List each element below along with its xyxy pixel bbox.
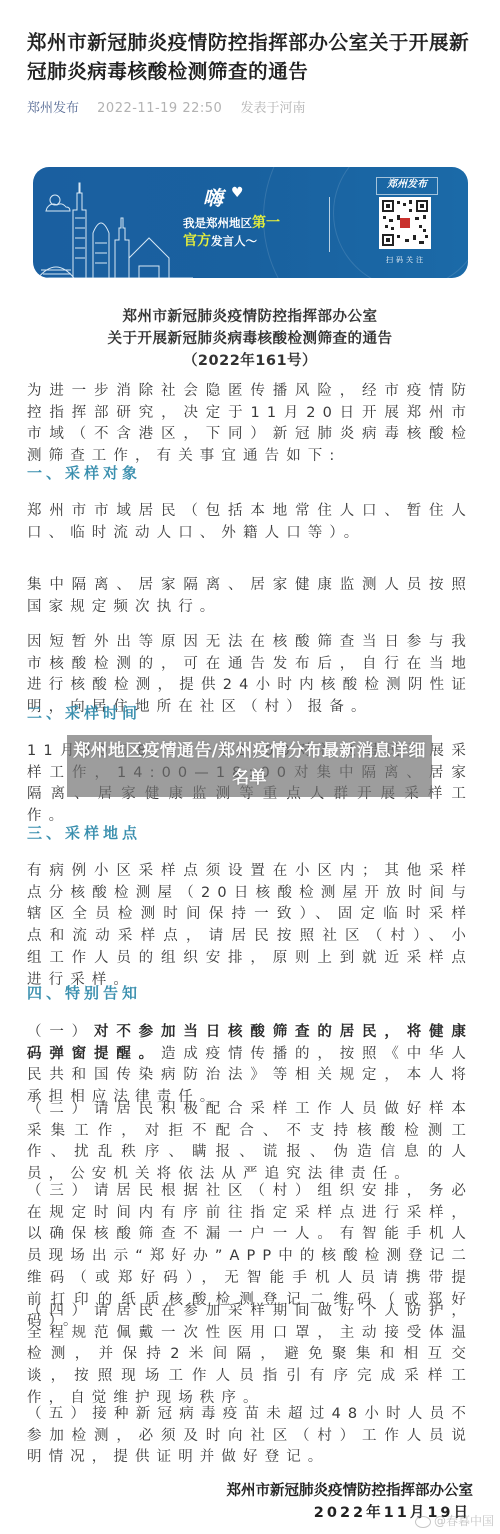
city-skyline-icon bbox=[33, 178, 193, 278]
notice-item-prefix: （五） bbox=[27, 1406, 92, 1422]
heart-icon: ♥ bbox=[231, 185, 244, 201]
notice-item-text: 请居民在参加采样期间做好个人防护，全程规范佩戴一次性医用口罩，主动接受体温检测，… bbox=[27, 1303, 473, 1406]
section3-paragraph: 有病例小区采样点须设置在小区内；其他采样点分核酸检测屋（20日核酸检测屋开放时间… bbox=[27, 861, 473, 991]
watermark-text: @春暮中国 bbox=[434, 1514, 494, 1528]
weibo-icon bbox=[415, 1516, 431, 1528]
banner-line2-highlight: 官方 bbox=[183, 233, 211, 249]
notice-header-number: （2022年161号） bbox=[0, 350, 500, 372]
article-title: 郑州市新冠肺炎疫情防控指挥部办公室关于开展新冠肺炎病毒核酸检测筛查的通告 bbox=[27, 28, 477, 86]
qr-logo: 郑州发布 bbox=[376, 177, 438, 195]
intro-paragraph: 为进一步消除社会隐匿传播风险，经市疫情防控指挥部研究，决定于11月20日开展郑州… bbox=[27, 381, 473, 468]
notice-header: 郑州市新冠肺炎疫情防控指挥部办公室 关于开展新冠肺炎病毒核酸检测筛查的通告 （2… bbox=[0, 306, 500, 372]
notice-item: （一）对不参加当日核酸筛查的居民，将健康码弹窗提醒。造成疫情传播的，按照《中华人… bbox=[27, 1022, 473, 1109]
caption-overlay-text: 郑州地区疫情通告/郑州疫情分布最新消息详细名单 bbox=[67, 738, 432, 792]
notice-item: （二）请居民积极配合采样工作人员做好样本采集工作，对拒不配合、不支持核酸检测工作… bbox=[27, 1099, 473, 1186]
section-heading-subjects: 一、采样对象 bbox=[27, 462, 141, 483]
section1-paragraph: 集中隔离、居家隔离、居家健康监测人员按照国家规定频次执行。 bbox=[27, 575, 473, 618]
banner-line1: 我是郑州地区第一 bbox=[183, 212, 280, 232]
banner-line2-text: 发言人～ bbox=[211, 234, 257, 248]
notice-header-line1: 郑州市新冠肺炎疫情防控指挥部办公室 bbox=[0, 306, 500, 328]
article-datetime: 2022-11-19 22:50 bbox=[97, 101, 222, 116]
section-heading-special-notice: 四、特别告知 bbox=[27, 982, 141, 1003]
section-heading-time: 二、采样时间 bbox=[27, 702, 141, 723]
follow-banner: 嗨 ♥ 我是郑州地区第一 官方发言人～ 郑州发布 扫码关注 bbox=[33, 167, 468, 278]
banner-line2: 官方发言人～ bbox=[183, 230, 257, 250]
qr-caption: 扫码关注 bbox=[376, 255, 436, 265]
notice-header-line2: 关于开展新冠肺炎病毒核酸检测筛查的通告 bbox=[0, 328, 500, 350]
notice-item-text: 接种新冠病毒疫苗未超过48小时人员不参加检测，必须及时向社区（村）工作人员说明情… bbox=[27, 1406, 473, 1465]
qr-code-icon[interactable] bbox=[379, 197, 431, 249]
article-source-link[interactable]: 郑州发布 bbox=[27, 101, 79, 116]
section-heading-location: 三、采样地点 bbox=[27, 822, 141, 843]
section1-paragraph: 郑州市市域居民（包括本地常住人口、暂住人口、临时流动人口、外籍人口等）。 bbox=[27, 501, 473, 544]
banner-line1-text: 我是郑州地区 bbox=[183, 216, 252, 230]
notice-item-prefix: （四） bbox=[27, 1303, 94, 1319]
watermark: @春暮中国 bbox=[415, 1512, 494, 1529]
notice-item: （四）请居民在参加采样期间做好个人防护，全程规范佩戴一次性医用口罩，主动接受体温… bbox=[27, 1301, 473, 1410]
notice-item-prefix: （三） bbox=[27, 1183, 94, 1199]
article-meta: 郑州发布 2022-11-19 22:50 发表于河南 bbox=[27, 100, 305, 118]
notice-item-prefix: （一） bbox=[27, 1024, 94, 1040]
notice-item-text: 请居民积极配合采样工作人员做好样本采集工作，对拒不配合、不支持核酸检测工作、扰乱… bbox=[27, 1101, 473, 1182]
article-location: 发表于河南 bbox=[240, 101, 305, 116]
banner-line1-highlight: 第一 bbox=[252, 215, 280, 231]
notice-item: （五）接种新冠病毒疫苗未超过48小时人员不参加检测，必须及时向社区（村）工作人员… bbox=[27, 1404, 473, 1469]
notice-item-prefix: （二） bbox=[27, 1101, 94, 1117]
banner-divider bbox=[329, 197, 330, 252]
signature-org: 郑州市新冠肺炎疫情防控指挥部办公室 bbox=[227, 1481, 474, 1502]
banner-greeting: 嗨 bbox=[203, 182, 223, 211]
